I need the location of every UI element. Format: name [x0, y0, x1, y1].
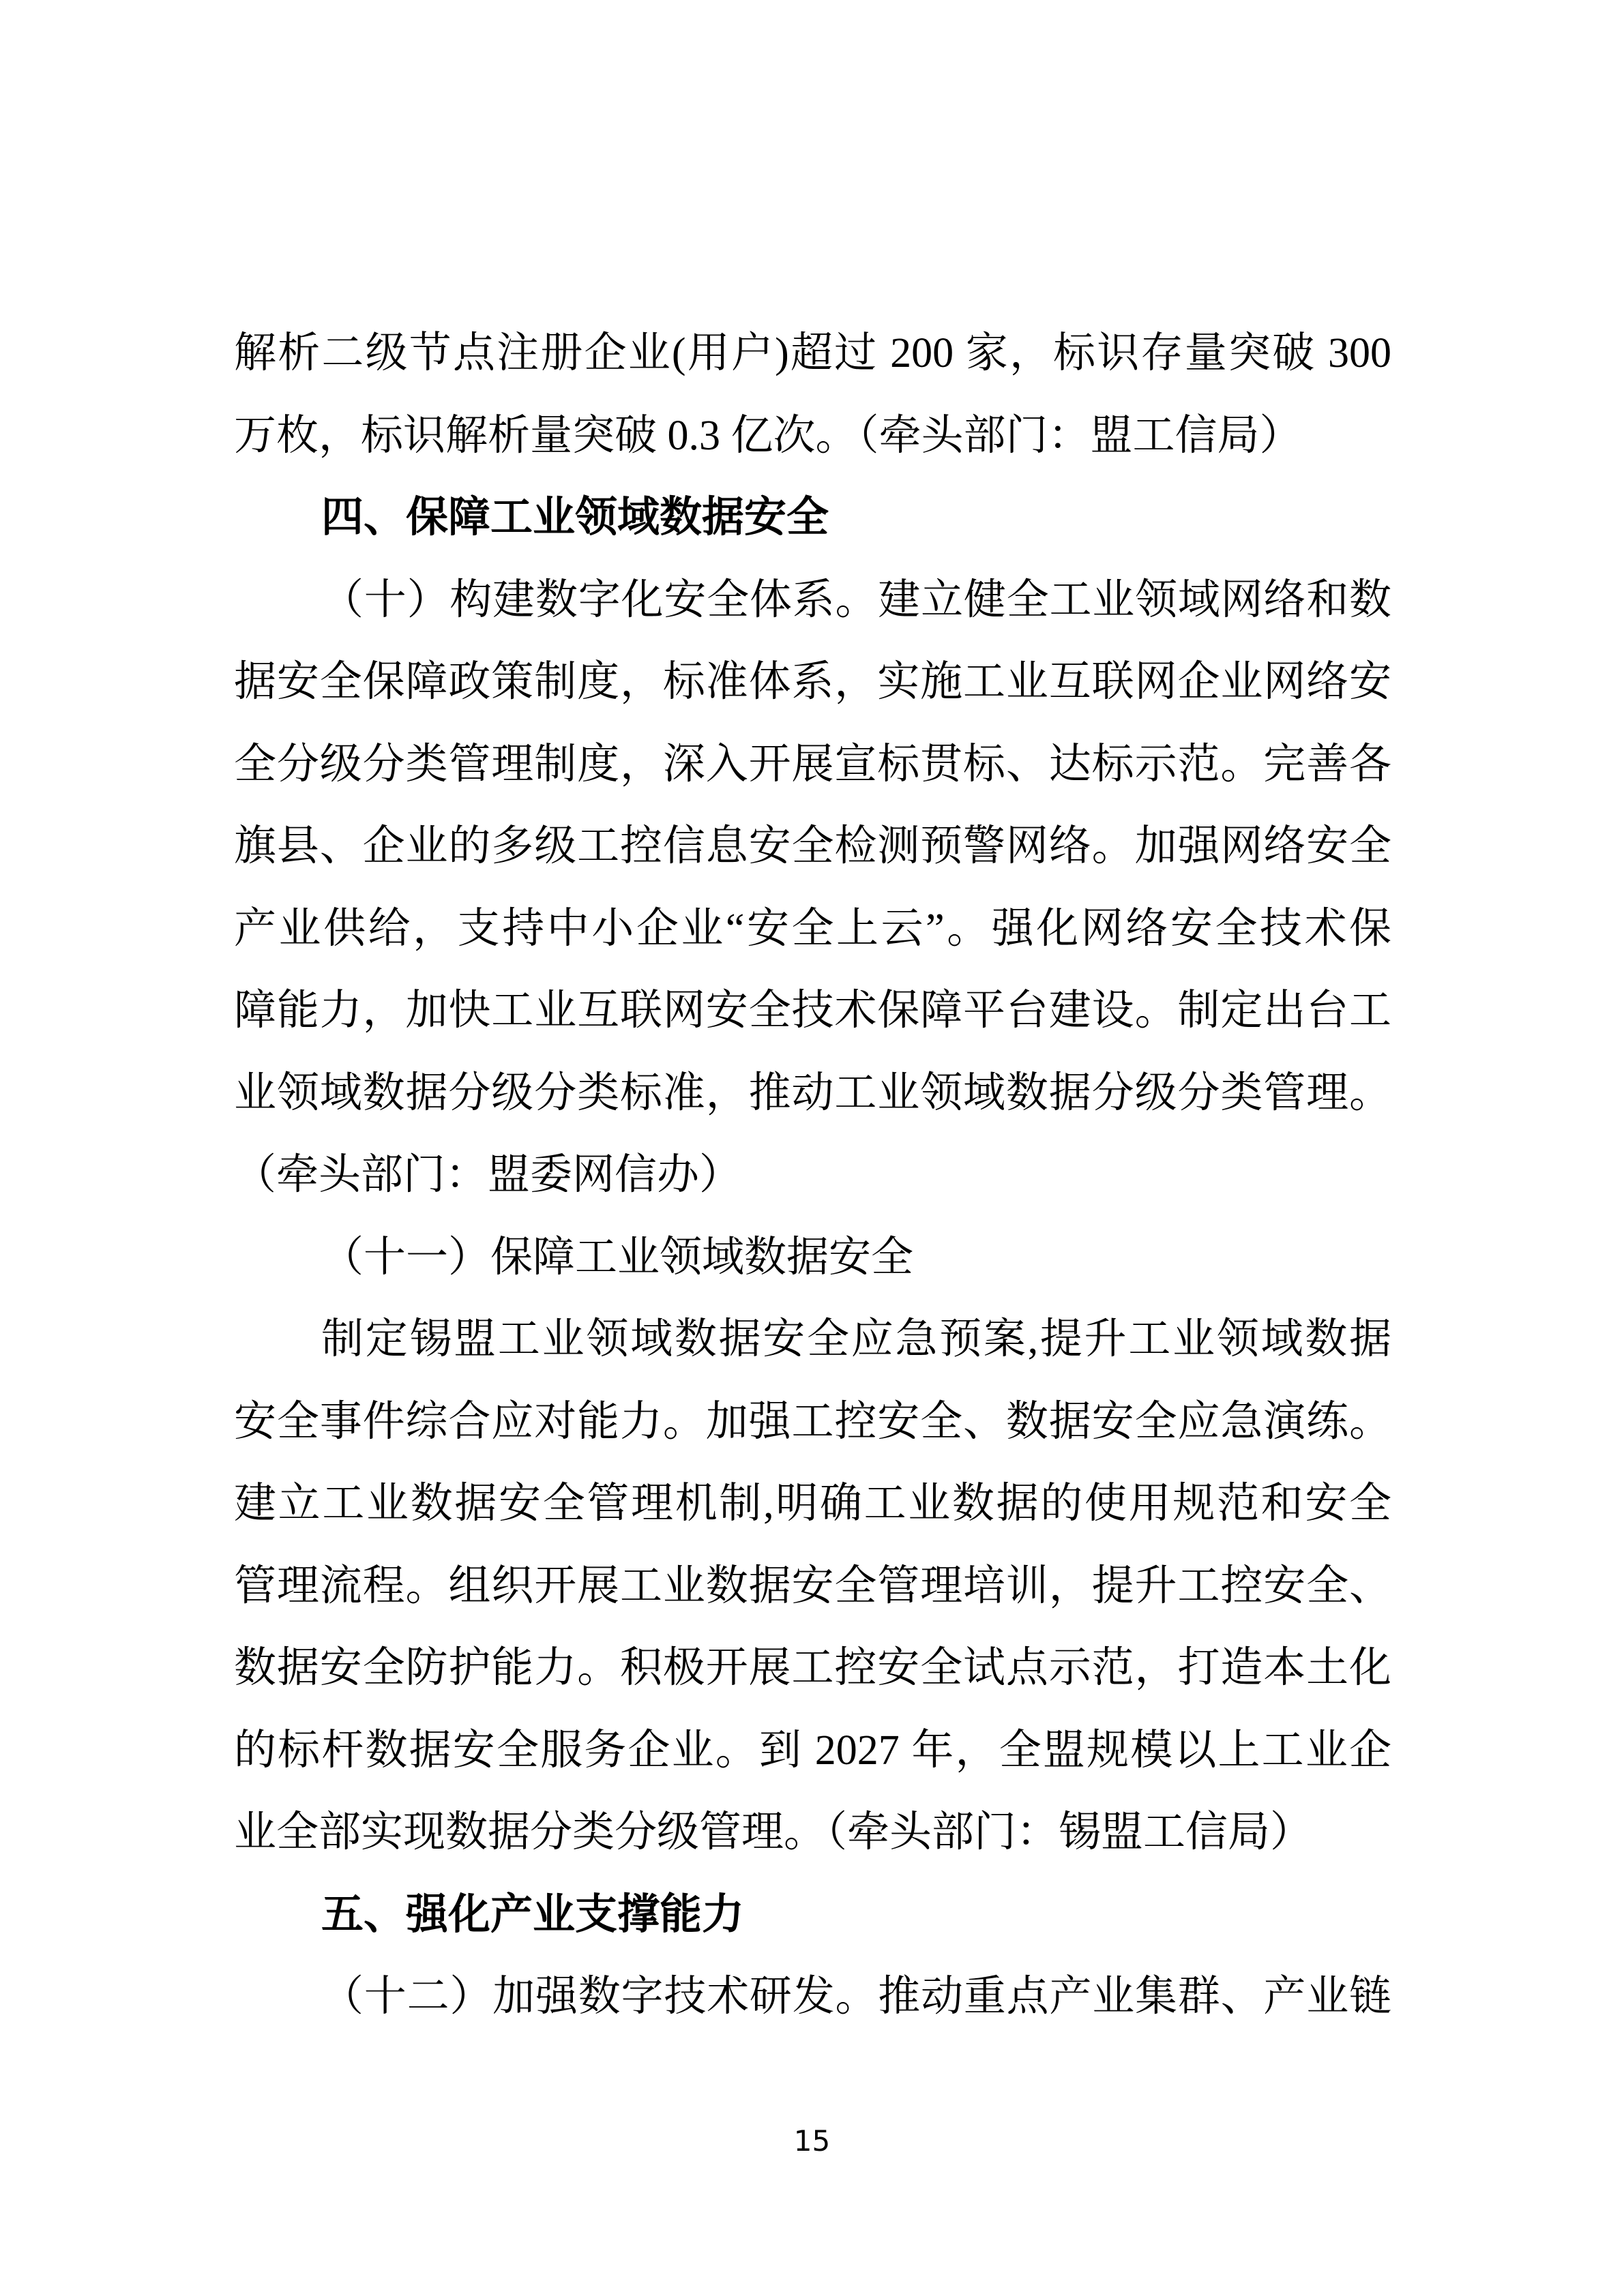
- body-line: 的标杆数据安全服务企业。到 2027 年，全盟规模以上工业企: [234, 1710, 1391, 1792]
- body-line: （十一）保障工业领域数据安全: [234, 1217, 1391, 1299]
- section-heading: 四、保障工业领域数据安全: [234, 477, 1391, 559]
- body-line: 解析二级节点注册企业(用户)超过 200 家，标识存量突破 300: [234, 312, 1391, 395]
- body-line: （十）构建数字化安全体系。建立健全工业领域网络和数: [234, 559, 1391, 642]
- body-line: 数据安全防护能力。积极开展工控安全试点示范，打造本土化: [234, 1627, 1391, 1710]
- body-line: （牵头部门：盟委网信办）: [234, 1134, 1391, 1217]
- body-line: 安全事件综合应对能力。加强工控安全、数据安全应急演练。: [234, 1381, 1391, 1463]
- document-page: 解析二级节点注册企业(用户)超过 200 家，标识存量突破 300 万枚，标识解…: [0, 0, 1624, 2296]
- body-line: 据安全保障政策制度，标准体系，实施工业互联网企业网络安: [234, 641, 1391, 724]
- body-line: 万枚，标识解析量突破 0.3 亿次。（牵头部门：盟工信局）: [234, 395, 1391, 477]
- document-content: 解析二级节点注册企业(用户)超过 200 家，标识存量突破 300 万枚，标识解…: [234, 312, 1391, 2038]
- body-line: 管理流程。组织开展工业数据安全管理培训，提升工控安全、: [234, 1545, 1391, 1628]
- body-line: 业领域数据分级分类标准，推动工业领域数据分级分类管理。: [234, 1052, 1391, 1135]
- page-number: 15: [0, 2124, 1624, 2158]
- body-line: 业全部实现数据分类分级管理。（牵头部门：锡盟工信局）: [234, 1791, 1391, 1874]
- body-line: 障能力，加快工业互联网安全技术保障平台建设。制定出台工: [234, 970, 1391, 1052]
- body-line: 制定锡盟工业领域数据安全应急预案,提升工业领域数据: [234, 1298, 1391, 1381]
- section-heading: 五、强化产业支撑能力: [234, 1874, 1391, 1956]
- body-line: 旗县、企业的多级工控信息安全检测预警网络。加强网络安全: [234, 805, 1391, 888]
- body-line: 全分级分类管理制度，深入开展宣标贯标、达标示范。完善各: [234, 724, 1391, 806]
- body-line: （十二）加强数字技术研发。推动重点产业集群、产业链: [234, 1956, 1391, 2038]
- body-line: 产业供给，支持中小企业“安全上云”。强化网络安全技术保: [234, 888, 1391, 970]
- body-line: 建立工业数据安全管理机制,明确工业数据的使用规范和安全: [234, 1463, 1391, 1545]
